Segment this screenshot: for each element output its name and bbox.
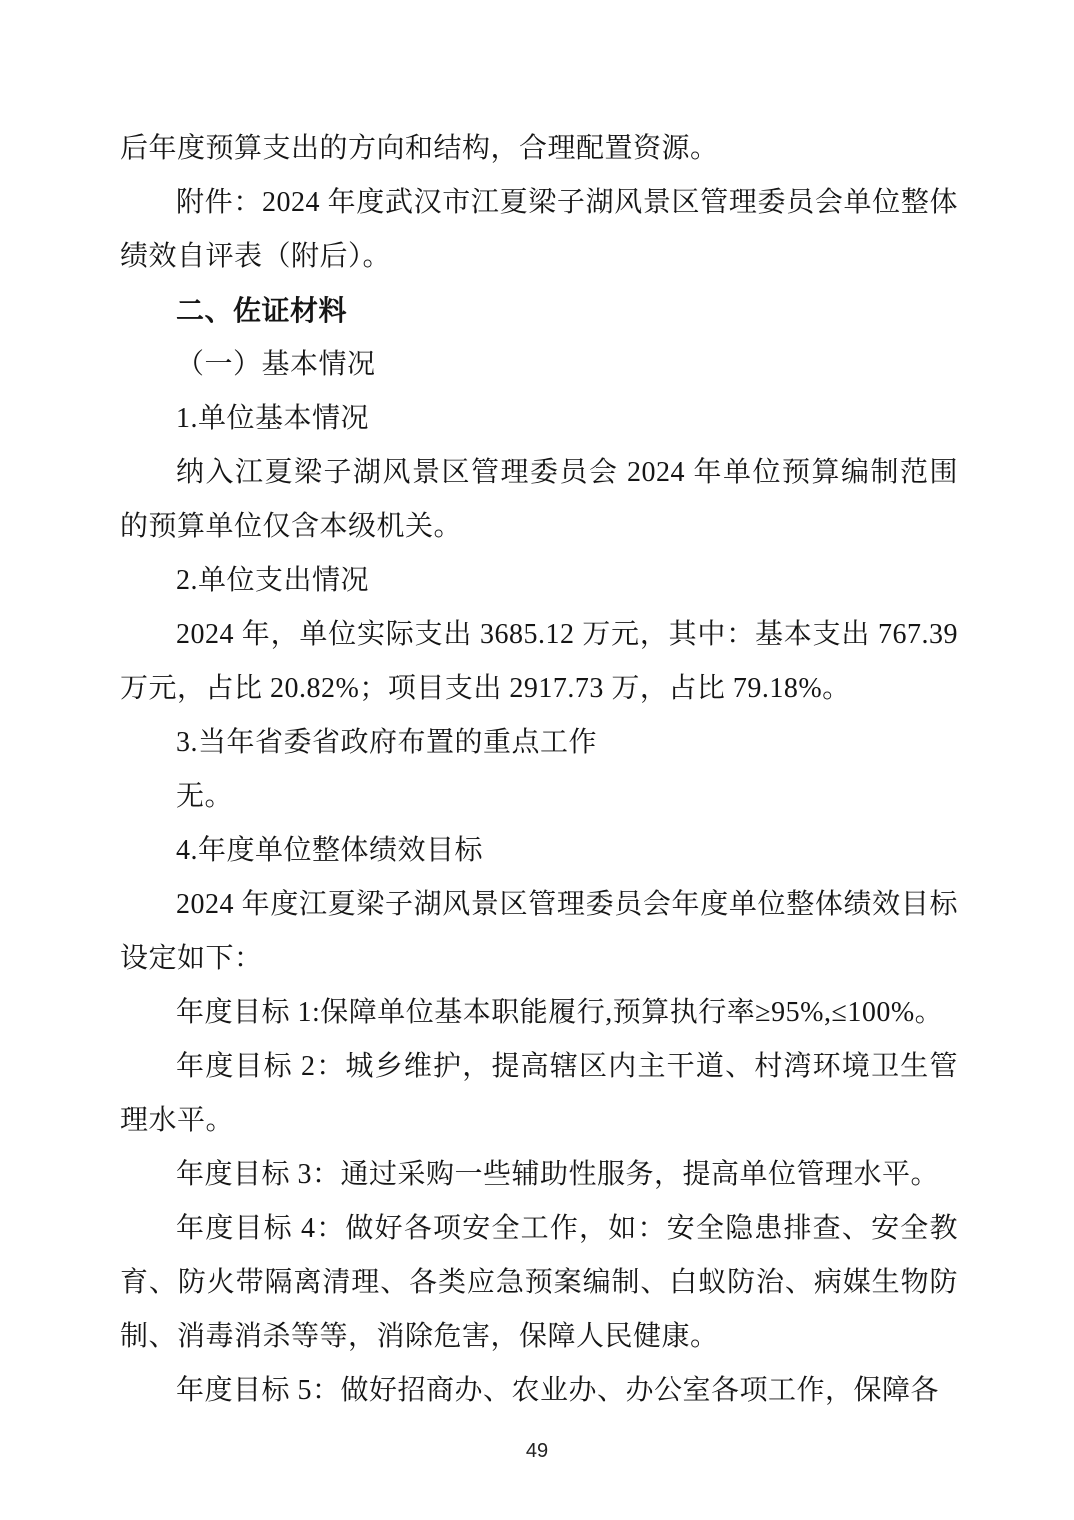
- item-heading-unit-expenditure: 2.单位支出情况: [120, 554, 958, 608]
- document-page: 后年度预算支出的方向和结构，合理配置资源。 附件：2024 年度武汉市江夏梁子湖…: [0, 0, 1074, 1520]
- paragraph-goal-2: 年度目标 2：城乡维护，提高辖区内主干道、村湾环境卫生管理水平。: [120, 1040, 958, 1148]
- item-heading-key-work: 3.当年省委省政府布置的重点工作: [120, 716, 958, 770]
- item-heading-unit-basic-situation: 1.单位基本情况: [120, 392, 958, 446]
- subsection-heading-basic-situation: （一）基本情况: [120, 338, 958, 392]
- paragraph-goal-4: 年度目标 4：做好各项安全工作，如：安全隐患排查、安全教育、防火带隔离清理、各类…: [120, 1202, 958, 1364]
- paragraph-goals-intro: 2024 年度江夏梁子湖风景区管理委员会年度单位整体绩效目标设定如下：: [120, 878, 958, 986]
- item-heading-annual-performance-goals: 4.年度单位整体绩效目标: [120, 824, 958, 878]
- paragraph-none: 无。: [120, 770, 958, 824]
- paragraph-attachment: 附件：2024 年度武汉市江夏梁子湖风景区管理委员会单位整体绩效自评表（附后）。: [120, 176, 958, 284]
- paragraph-continuation: 后年度预算支出的方向和结构，合理配置资源。: [120, 122, 958, 176]
- page-number: 49: [0, 1440, 1074, 1463]
- paragraph-goal-5: 年度目标 5：做好招商办、农业办、办公室各项工作，保障各: [120, 1364, 958, 1418]
- document-body: 后年度预算支出的方向和结构，合理配置资源。 附件：2024 年度武汉市江夏梁子湖…: [120, 122, 958, 1418]
- section-heading-evidence-materials: 二、佐证材料: [120, 284, 958, 338]
- paragraph-goal-3: 年度目标 3：通过采购一些辅助性服务，提高单位管理水平。: [120, 1148, 958, 1202]
- paragraph-budget-scope: 纳入江夏梁子湖风景区管理委员会 2024 年单位预算编制范围的预算单位仅含本级机…: [120, 446, 958, 554]
- paragraph-expenditure-figures: 2024 年，单位实际支出 3685.12 万元，其中：基本支出 767.39 …: [120, 608, 958, 716]
- paragraph-goal-1: 年度目标 1:保障单位基本职能履行,预算执行率≥95%,≤100%。: [120, 986, 958, 1040]
